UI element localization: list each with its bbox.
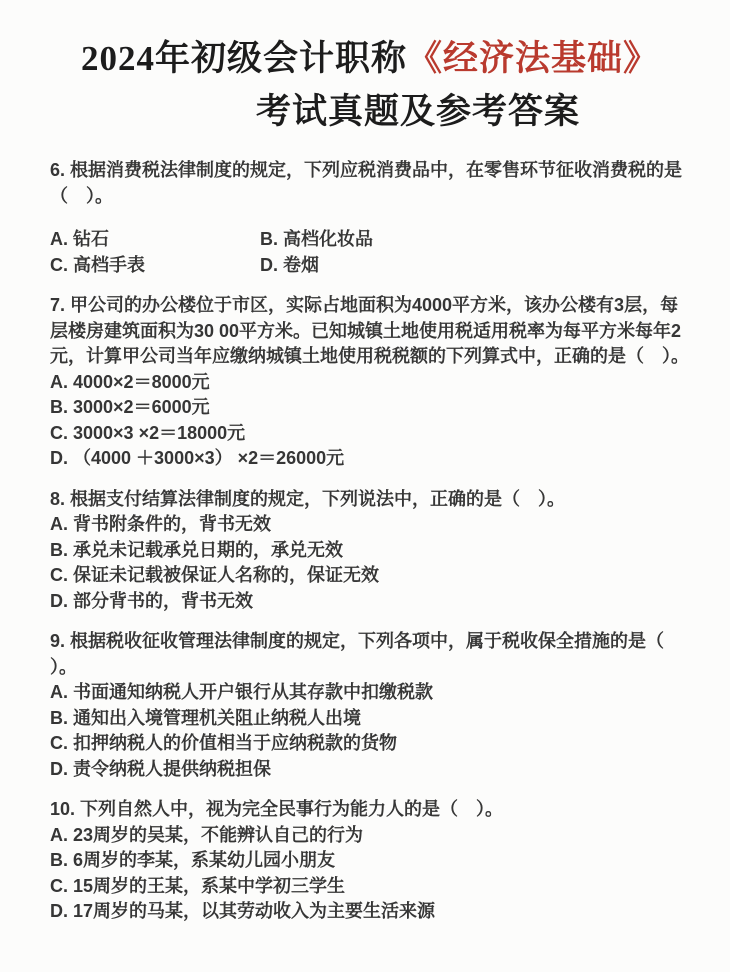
question-block: 6. 根据消费税法律制度的规定，下列应税消费品中，在零售环节征收消费税的是（ ）… — [50, 158, 690, 278]
option: D. （4000 ＋3000×3） ×2＝26000元 — [50, 446, 690, 472]
question-options: A. 23周岁的吴某，不能辨认自己的行为B. 6周岁的李某，系某幼儿园小朋友C.… — [50, 823, 690, 925]
option: D. 17周岁的马某，以其劳动收入为主要生活来源 — [50, 899, 690, 925]
question-stem: 6. 根据消费税法律制度的规定，下列应税消费品中，在零售环节征收消费税的是（ ）… — [50, 158, 690, 209]
title-text: 2024年初级会计职称 — [81, 39, 407, 78]
option: A. 书面通知纳税人开户银行从其存款中扣缴税款 — [50, 680, 690, 706]
option: B. 承兑未记载承兑日期的，承兑无效 — [50, 538, 690, 564]
question-stem: 9. 根据税收征收管理法律制度的规定，下列各项中，属于税收保全措施的是（ ）。 — [50, 629, 690, 680]
question-options: A. 背书附条件的，背书无效B. 承兑未记载承兑日期的，承兑无效C. 保证未记载… — [50, 512, 690, 614]
option: A. 钻石 — [50, 227, 260, 253]
title-highlight: 《经济法基础》 — [407, 39, 659, 78]
option: D. 责令纳税人提供纳税担保 — [50, 757, 690, 783]
exam-document-page: 2024年初级会计职称《经济法基础》 考试真题及参考答案 6. 根据消费税法律制… — [0, 0, 730, 972]
option: C. 3000×3 ×2＝18000元 — [50, 421, 690, 447]
option: A. 背书附条件的，背书无效 — [50, 512, 690, 538]
option: C. 高档手表 — [50, 253, 260, 279]
option: B. 高档化妆品 — [260, 227, 690, 253]
option: B. 6周岁的李某，系某幼儿园小朋友 — [50, 848, 690, 874]
option: C. 扣押纳税人的价值相当于应纳税款的货物 — [50, 731, 690, 757]
option: C. 保证未记载被保证人名称的，保证无效 — [50, 563, 690, 589]
document-title: 2024年初级会计职称《经济法基础》 考试真题及参考答案 — [50, 32, 690, 138]
question-options: A. 4000×2＝8000元B. 3000×2＝6000元C. 3000×3 … — [50, 370, 690, 472]
question-options: A. 钻石B. 高档化妆品C. 高档手表D. 卷烟 — [50, 227, 690, 278]
option: D. 部分背书的，背书无效 — [50, 589, 690, 615]
question-stem: 7. 甲公司的办公楼位于市区，实际占地面积为4000平方米，该办公楼有3层，每层… — [50, 293, 690, 370]
title-line-2: 考试真题及参考答案 — [98, 85, 730, 138]
question-stem: 10. 下列自然人中，视为完全民事行为能力人的是（ ）。 — [50, 797, 690, 823]
option: D. 卷烟 — [260, 253, 690, 279]
option: B. 通知出入境管理机关阻止纳税人出境 — [50, 706, 690, 732]
option: A. 23周岁的吴某，不能辨认自己的行为 — [50, 823, 690, 849]
question-block: 7. 甲公司的办公楼位于市区，实际占地面积为4000平方米，该办公楼有3层，每层… — [50, 293, 690, 472]
title-line-1: 2024年初级会计职称《经济法基础》 — [50, 32, 690, 85]
question-block: 10. 下列自然人中，视为完全民事行为能力人的是（ ）。 A. 23周岁的吴某，… — [50, 797, 690, 925]
questions-list: 6. 根据消费税法律制度的规定，下列应税消费品中，在零售环节征收消费税的是（ ）… — [50, 158, 690, 925]
question-block: 9. 根据税收征收管理法律制度的规定，下列各项中，属于税收保全措施的是（ ）。 … — [50, 629, 690, 782]
question-options: A. 书面通知纳税人开户银行从其存款中扣缴税款B. 通知出入境管理机关阻止纳税人… — [50, 680, 690, 782]
question-stem: 8. 根据支付结算法律制度的规定，下列说法中，正确的是（ ）。 — [50, 487, 690, 513]
option: B. 3000×2＝6000元 — [50, 395, 690, 421]
option: A. 4000×2＝8000元 — [50, 370, 690, 396]
question-block: 8. 根据支付结算法律制度的规定，下列说法中，正确的是（ ）。 A. 背书附条件… — [50, 487, 690, 615]
option: C. 15周岁的王某，系某中学初三学生 — [50, 874, 690, 900]
